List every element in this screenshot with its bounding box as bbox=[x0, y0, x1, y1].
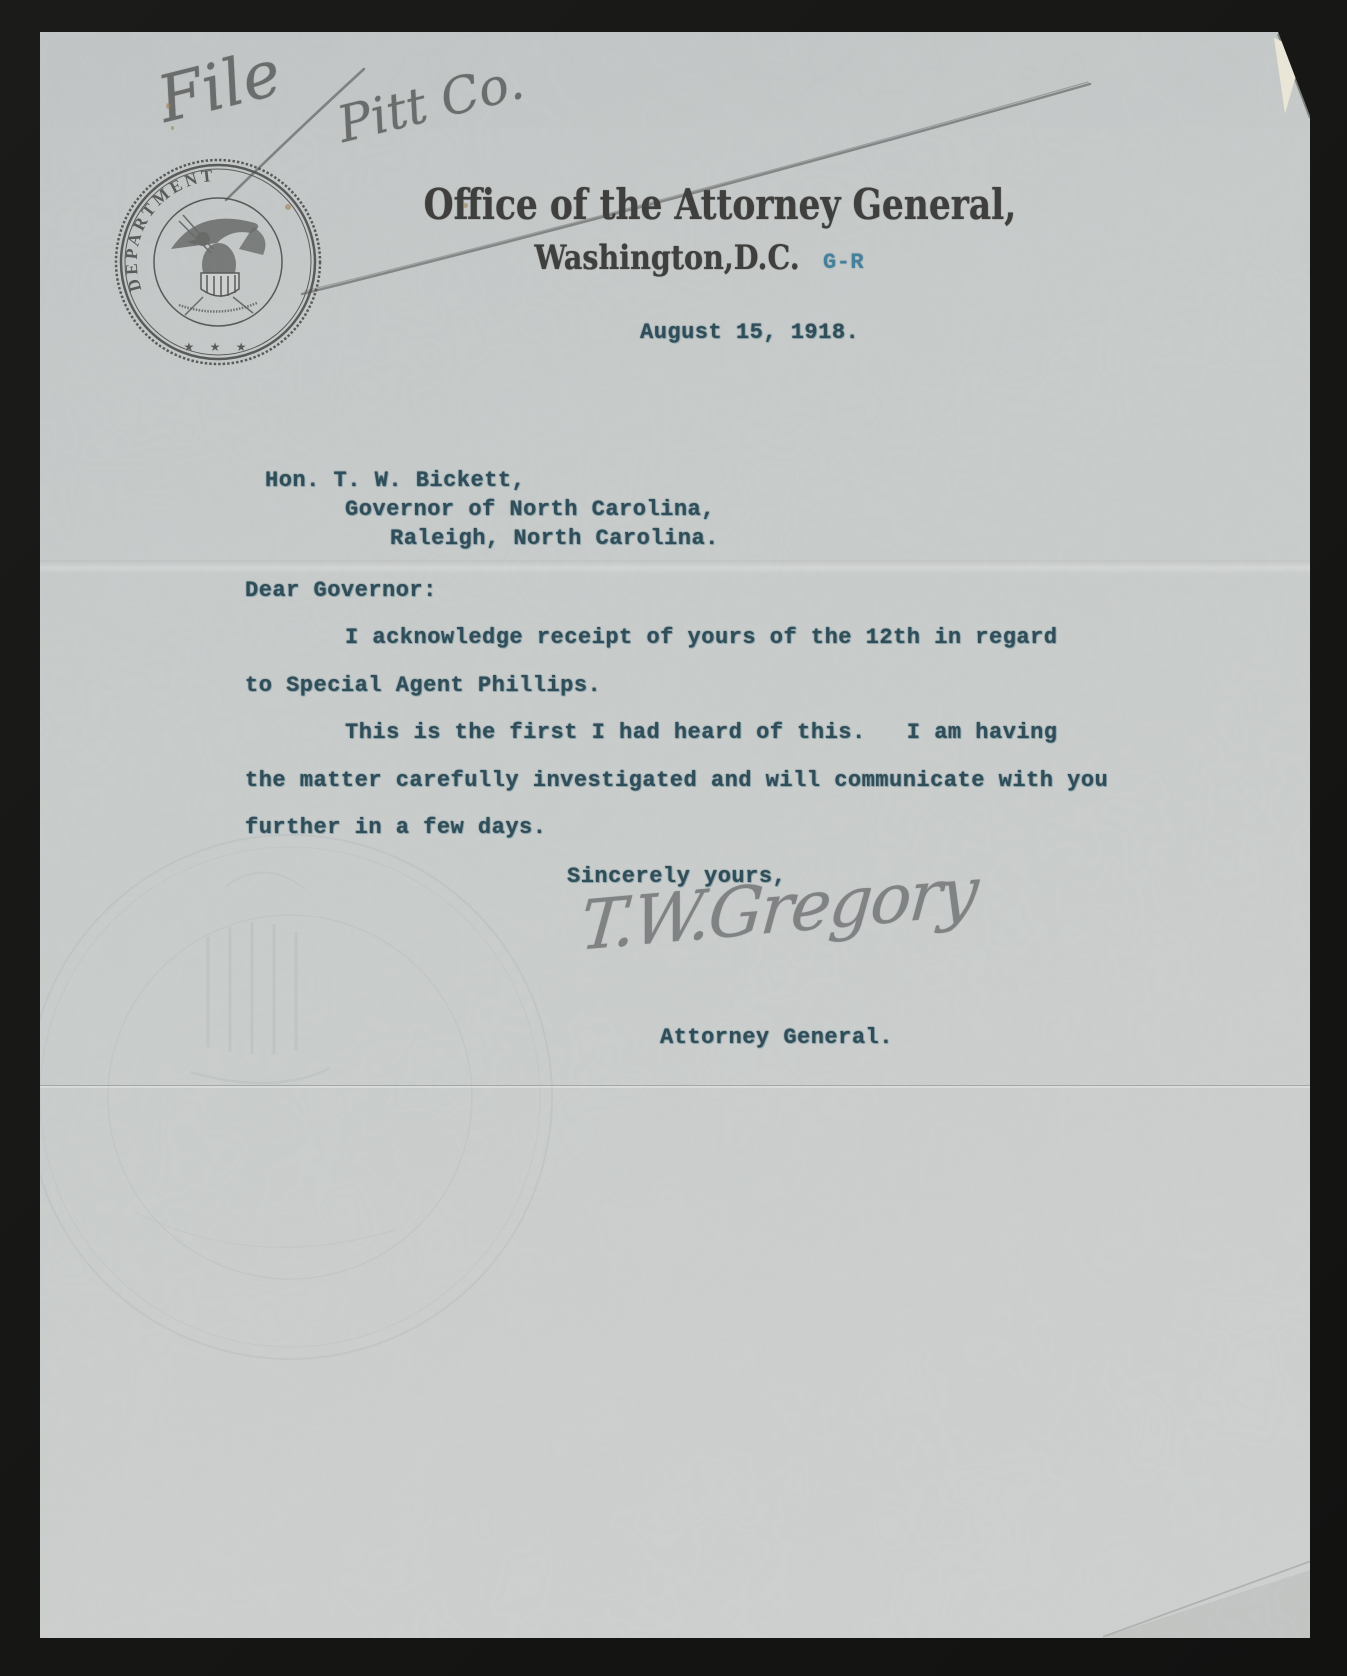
salutation: Dear Governor: bbox=[245, 578, 437, 603]
dogear-flap bbox=[1262, 32, 1312, 127]
body-p1-line2: to Special Agent Phillips. bbox=[245, 673, 601, 698]
body-p2-line3: further in a few days. bbox=[245, 815, 546, 840]
recipient-name: Hon. T. W. Bickett, bbox=[265, 468, 525, 493]
svg-text:DEPARTMENT OF · JUSTICE: DEPARTMENT OF · JUSTICE bbox=[113, 157, 217, 294]
letterhead-city-line: Washington,D.C. bbox=[518, 238, 815, 278]
foxing-spot bbox=[285, 204, 291, 210]
seal-stars: ★ ★ ★ bbox=[184, 340, 253, 354]
department-of-justice-seal: DEPARTMENT OF · JUSTICE ★ ★ ★ bbox=[113, 157, 323, 367]
recipient-title: Governor of North Carolina, bbox=[345, 497, 715, 522]
file-code: G-R bbox=[823, 250, 864, 275]
date-line: August 15, 1918. bbox=[640, 320, 859, 345]
foxing-spot bbox=[463, 203, 468, 208]
scanned-letter-page: DEPARTMENT OF · JUSTICE ★ ★ ★ bbox=[0, 0, 1347, 1676]
body-p2-line2: the matter carefully investigated and wi… bbox=[245, 768, 1108, 793]
letter-paper: DEPARTMENT OF · JUSTICE ★ ★ ★ bbox=[40, 32, 1310, 1638]
handwritten-file-note: File bbox=[151, 36, 288, 138]
foxing-spot bbox=[166, 103, 171, 109]
horizontal-crease-upper bbox=[40, 560, 1310, 574]
recipient-city: Raleigh, North Carolina. bbox=[390, 526, 719, 551]
body-p1-line1: I acknowledge receipt of yours of the 12… bbox=[345, 625, 1058, 650]
letterhead-office-line: Office of the Attorney General, bbox=[424, 180, 867, 229]
foxing-spot bbox=[171, 126, 174, 130]
signer-title: Attorney General. bbox=[660, 1025, 893, 1050]
seal-ring-text: DEPARTMENT OF · JUSTICE bbox=[113, 157, 217, 294]
seal-eagle-icon bbox=[171, 215, 265, 315]
bottom-right-fold-line bbox=[1103, 1560, 1310, 1638]
ghost-seal-impression bbox=[40, 835, 552, 1359]
horizontal-crease-lower bbox=[40, 1085, 1310, 1088]
body-p2-line1: This is the first I had heard of this. I… bbox=[345, 720, 1058, 745]
handwritten-county-note: Pitt Co. bbox=[332, 52, 530, 154]
